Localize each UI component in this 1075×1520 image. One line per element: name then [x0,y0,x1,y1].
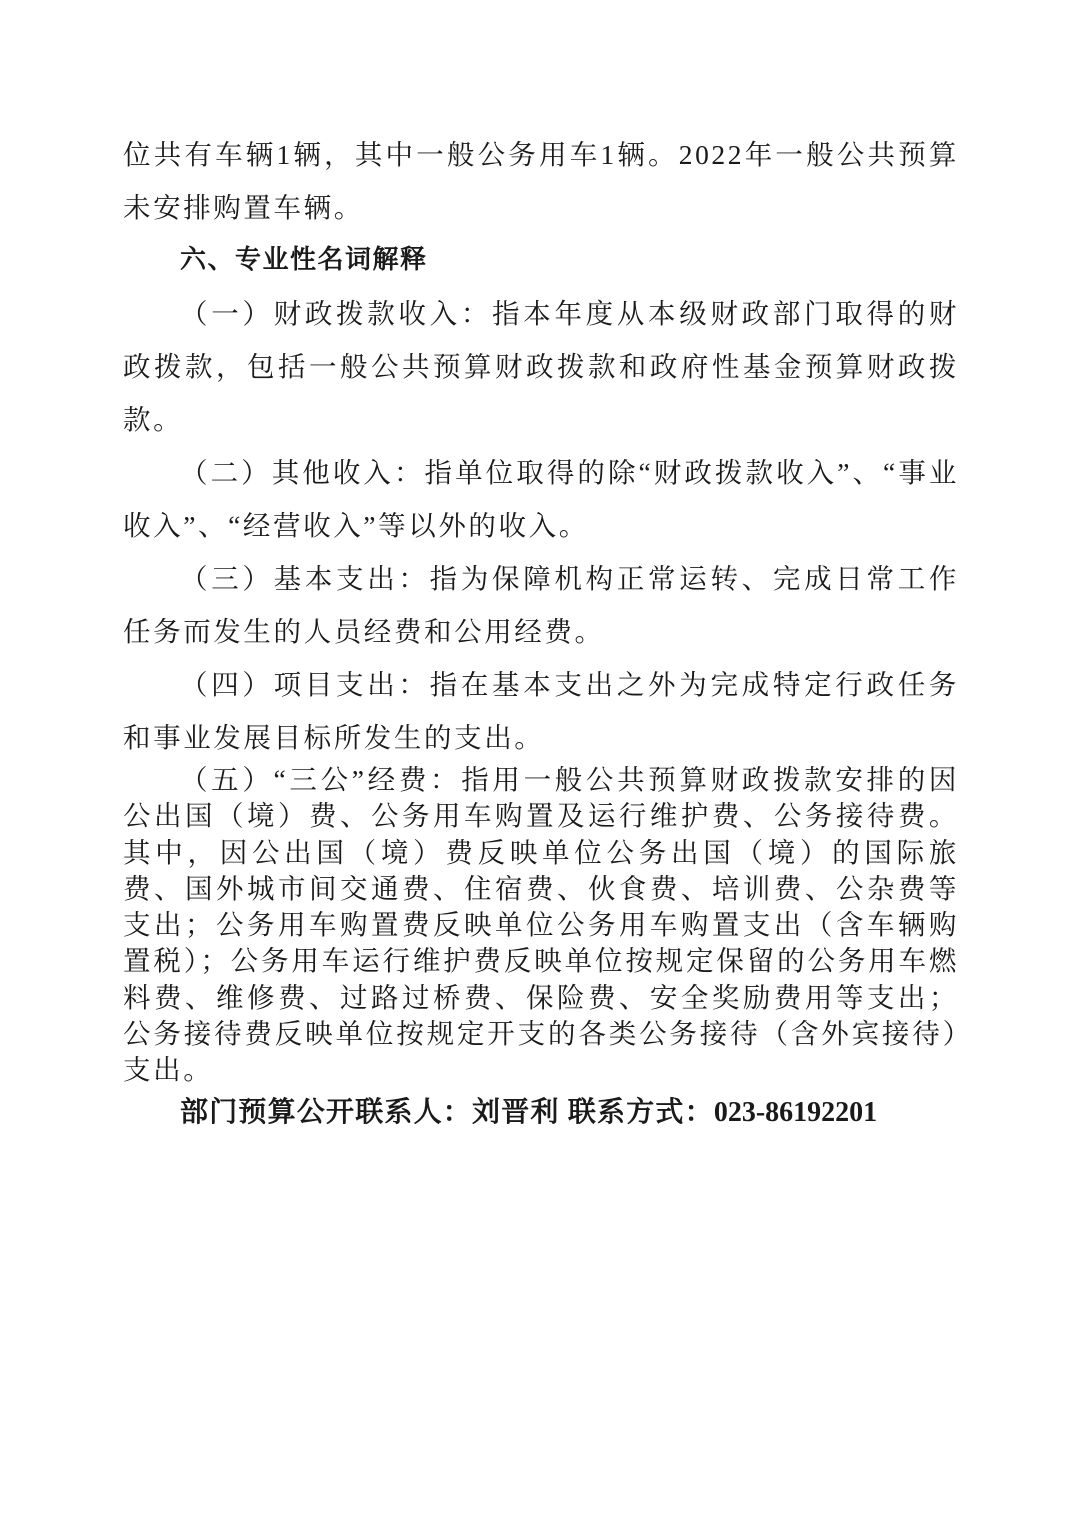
definition-other-income: （二）其他收入：指单位取得的除“财政拨款收入”、“事业收入”、“经营收入”等以外… [123,446,959,552]
definition-project-expenditure: （四）项目支出：指在基本支出之外为完成特定行政任务和事业发展目标所发生的支出。 [123,658,959,764]
contact-phone: 023-86192201 [714,1097,877,1128]
document-page: 位共有车辆1辆，其中一般公务用车1辆。2022年一般公共预算未安排购置车辆。 六… [123,128,959,1161]
definition-basic-expenditure: （三）基本支出：指为保障机构正常运转、完成日常工作任务而发生的人员经费和公用经费… [123,552,959,658]
definition-fiscal-appropriation-income: （一）财政拨款收入：指本年度从本级财政部门取得的财政拨款，包括一般公共预算财政拨… [123,287,959,446]
definition-three-public-expenses: （五）“三公”经费：指用一般公共预算财政拨款安排的因公出国（境）费、公务用车购置… [123,762,959,1089]
vehicle-paragraph: 位共有车辆1辆，其中一般公务用车1辆。2022年一般公共预算未安排购置车辆。 [123,128,959,234]
section-heading-terms: 六、专业性名词解释 [123,234,959,287]
contact-method-label: 联系方式： [568,1097,714,1128]
contact-line: 部门预算公开联系人：刘晋利 联系方式：023-86192201 [123,1093,959,1133]
contact-name: 刘晋利 [472,1097,560,1128]
contact-label: 部门预算公开联系人： [180,1097,472,1128]
